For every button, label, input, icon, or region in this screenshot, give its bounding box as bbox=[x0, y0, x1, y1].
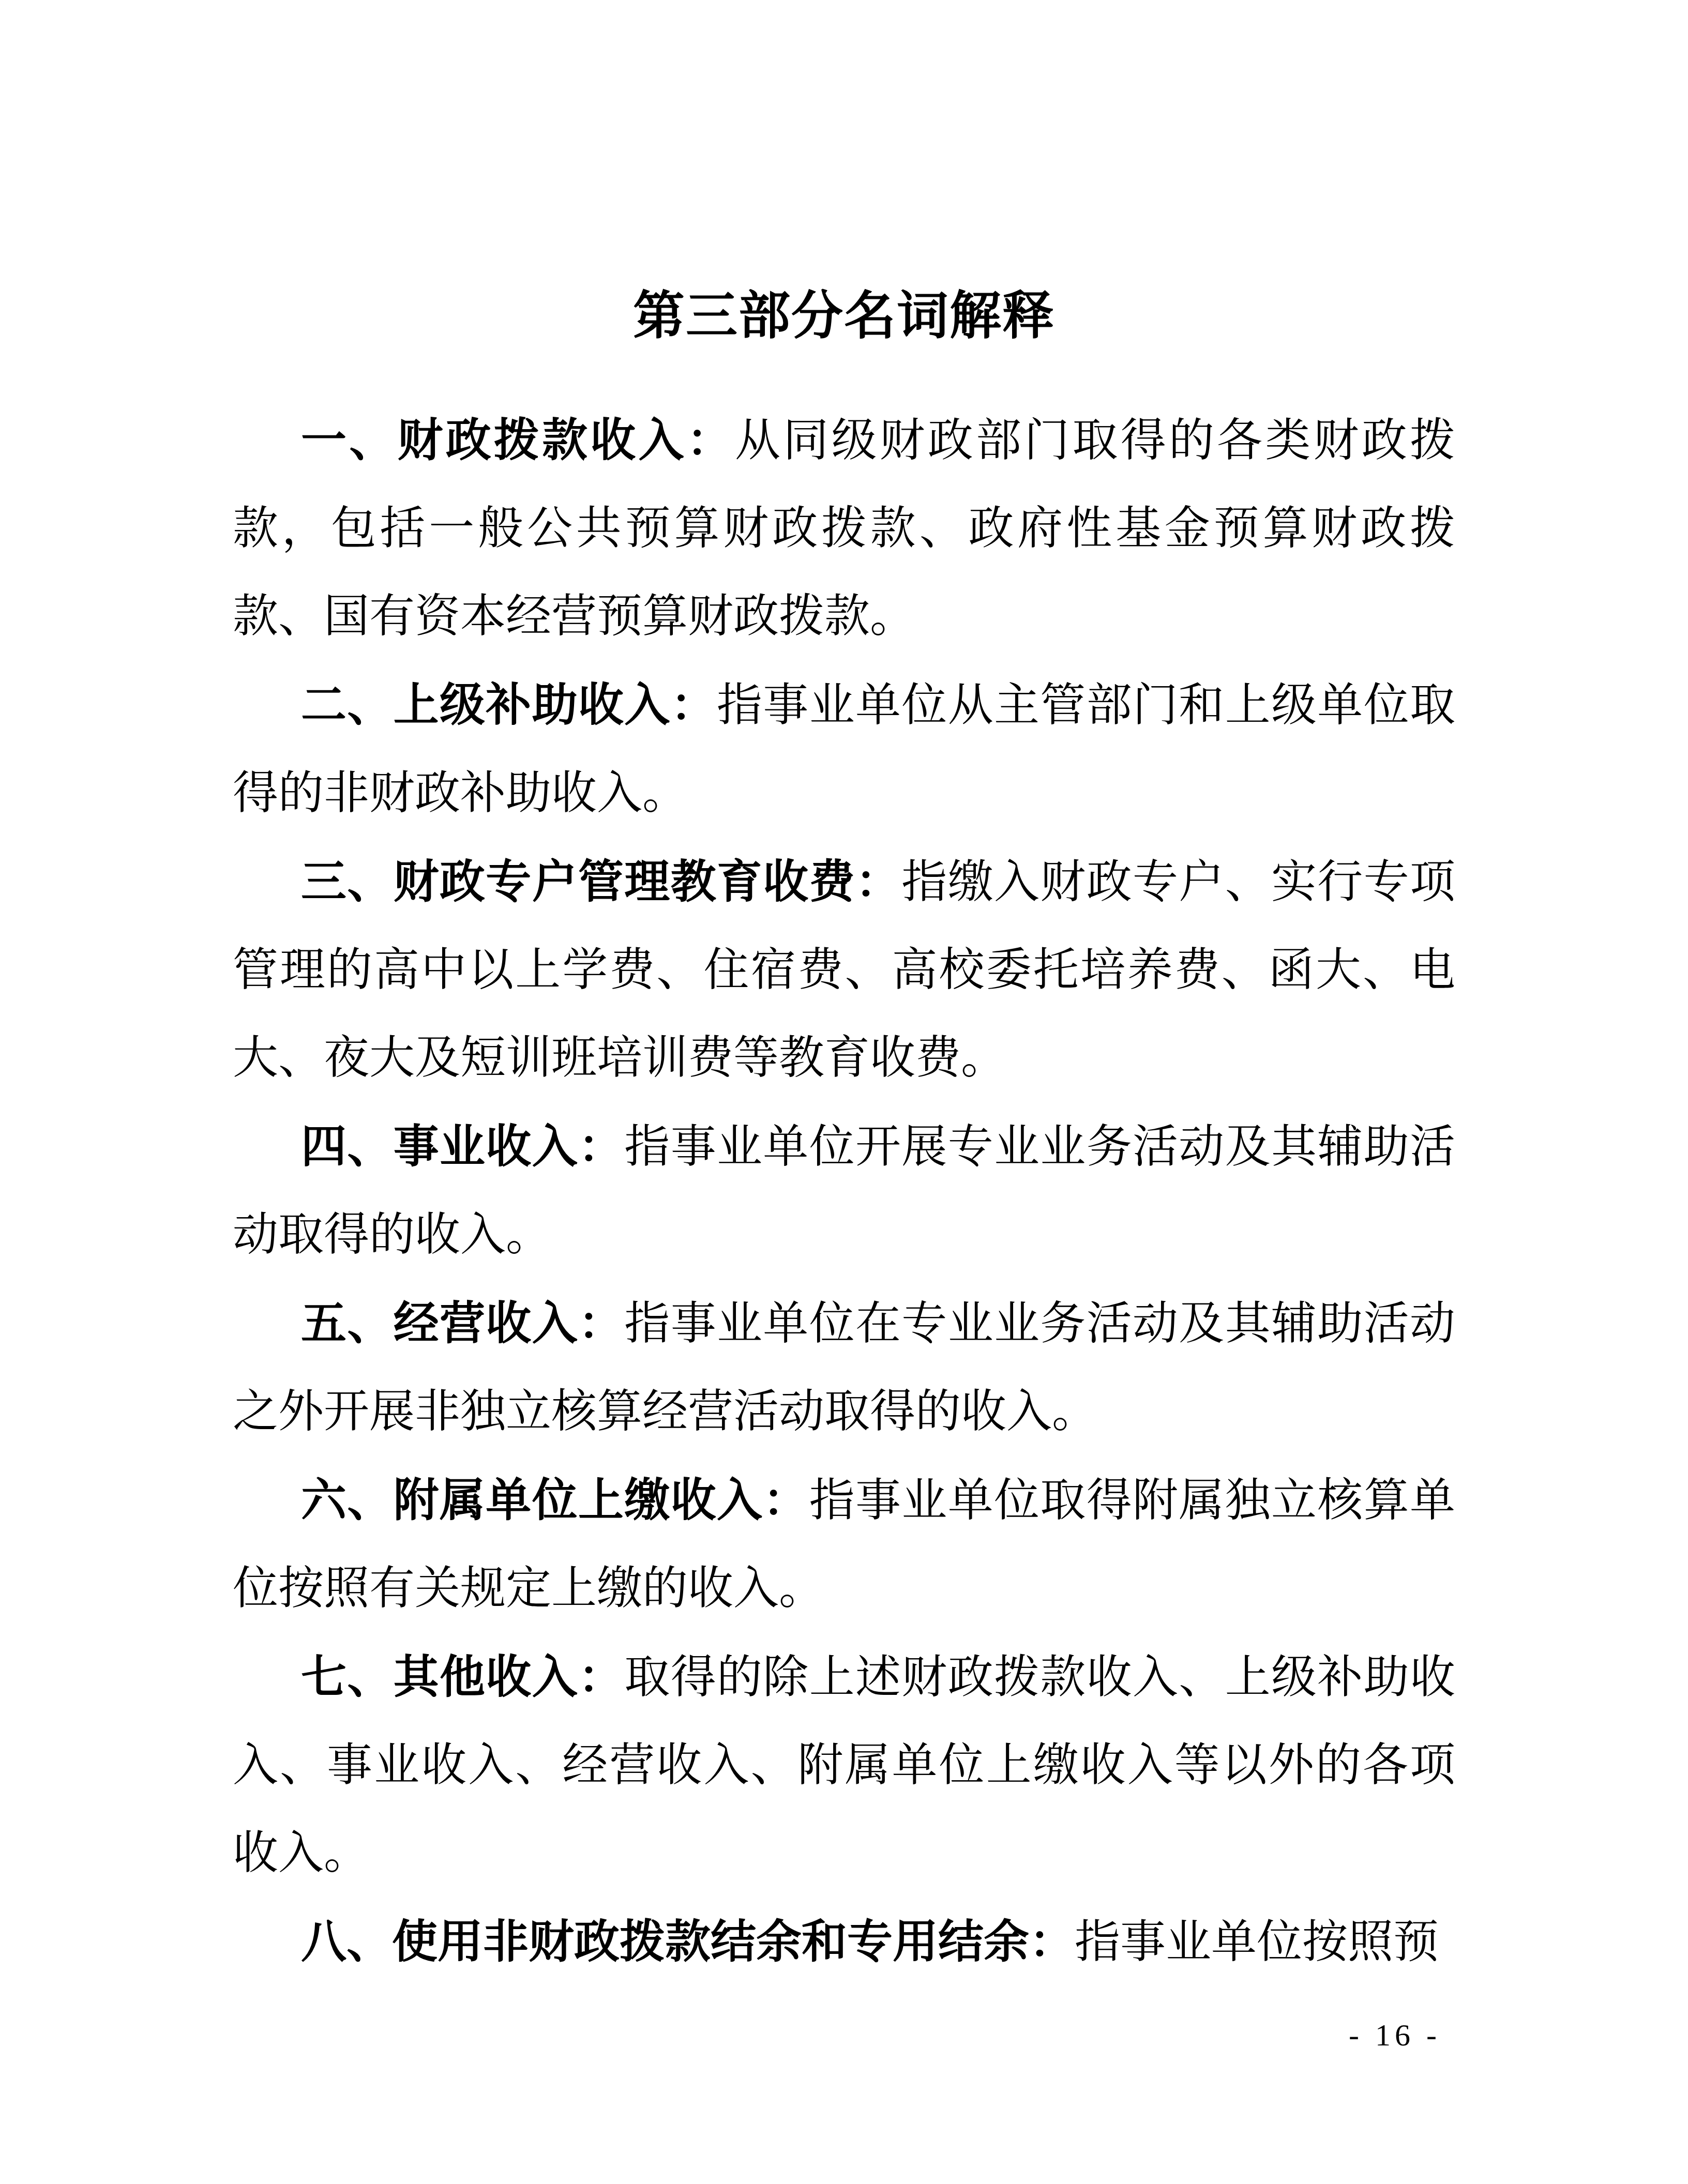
term-label: 六、附属单位上缴收入： bbox=[301, 1474, 809, 1525]
definition-paragraph: 八、使用非财政拨款结余和专用结余：指事业单位按照预 bbox=[233, 1898, 1455, 1986]
definition-paragraph: 七、其他收入：取得的除上述财政拨款收入、上级补助收入、事业收入、经营收入、附属单… bbox=[233, 1633, 1455, 1898]
page-number: - 16 - bbox=[1349, 2018, 1441, 2053]
definition-paragraph: 一、财政拨款收入：从同级财政部门取得的各类财政拨款，包括一般公共预算财政拨款、政… bbox=[233, 396, 1455, 661]
glossary-content: 一、财政拨款收入：从同级财政部门取得的各类财政拨款，包括一般公共预算财政拨款、政… bbox=[0, 396, 1688, 1986]
term-label: 七、其他收入： bbox=[301, 1651, 624, 1702]
definition-paragraph: 二、上级补助收入：指事业单位从主管部门和上级单位取得的非财政补助收入。 bbox=[233, 661, 1455, 838]
definition-text: 指事业单位按照预 bbox=[1075, 1917, 1439, 1967]
term-label: 四、事业收入： bbox=[301, 1120, 624, 1172]
definition-paragraph: 三、财政专户管理教育收费：指缴入财政专户、实行专项管理的高中以上学费、住宿费、高… bbox=[233, 838, 1455, 1102]
term-label: 八、使用非财政拨款结余和专用结余： bbox=[301, 1916, 1075, 1967]
term-label: 一、财政拨款收入： bbox=[301, 414, 735, 465]
definition-paragraph: 六、附属单位上缴收入：指事业单位取得附属独立核算单位按照有关规定上缴的收入。 bbox=[233, 1456, 1455, 1633]
term-label: 五、经营收入： bbox=[301, 1297, 624, 1348]
document-page: 第三部分名词解释 一、财政拨款收入：从同级财政部门取得的各类财政拨款，包括一般公… bbox=[0, 0, 1688, 2184]
term-label: 三、财政专户管理教育收费： bbox=[301, 856, 901, 907]
term-label: 二、上级补助收入： bbox=[301, 679, 717, 730]
definition-paragraph: 五、经营收入：指事业单位在专业业务活动及其辅助活动之外开展非独立核算经营活动取得… bbox=[233, 1279, 1455, 1456]
page-title: 第三部分名词解释 bbox=[0, 0, 1688, 347]
definition-paragraph: 四、事业收入：指事业单位开展专业业务活动及其辅助活动取得的收入。 bbox=[233, 1102, 1455, 1279]
